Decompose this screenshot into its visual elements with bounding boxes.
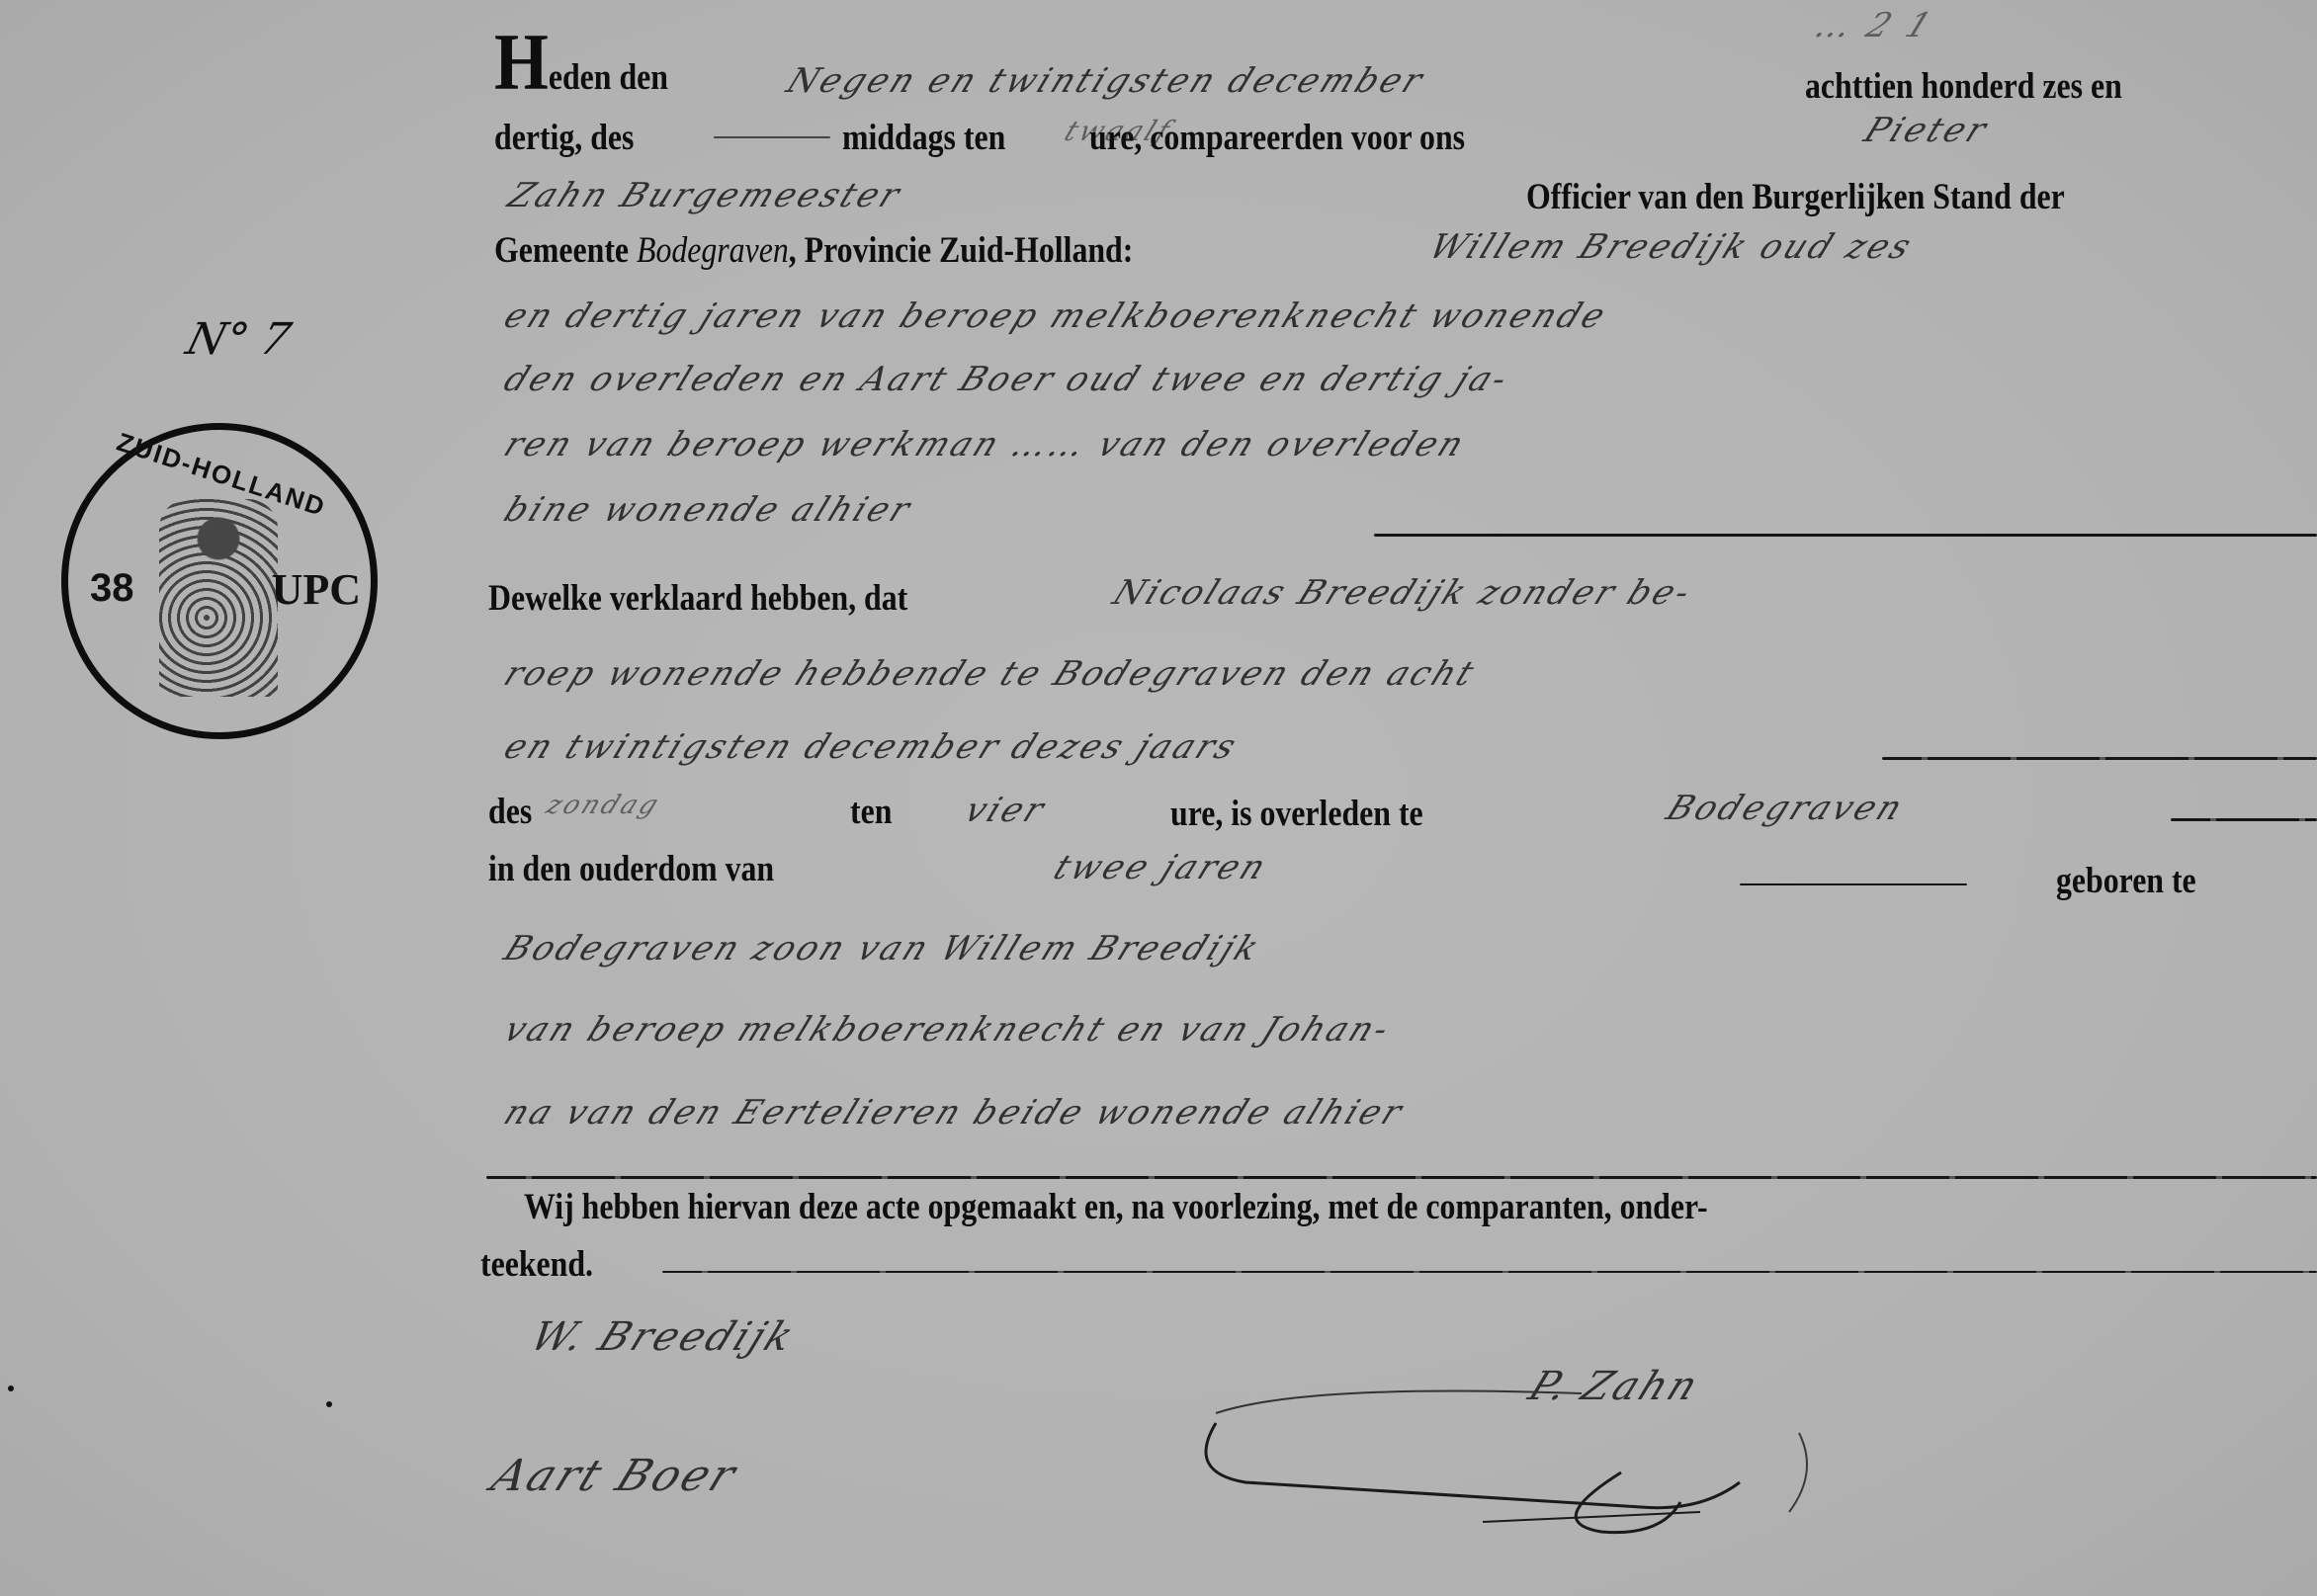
handwritten-deceased-name: Nicolaas Breedijk zonder be- [1107, 573, 1699, 613]
signature-witness-2: Aart Boer [484, 1451, 745, 1501]
margin-annotation: …21 [1809, 6, 1954, 45]
municipality-name: Bodegraven [637, 230, 789, 271]
printed-line-1: Heden den [494, 22, 668, 103]
ink-speck [8, 1386, 14, 1391]
record-number: N° 7 [181, 314, 296, 365]
handwritten-line: en dertig jaren van beroep melkboerenkne… [498, 296, 1613, 336]
crest-icon [159, 499, 278, 697]
printed-provincie: , Provincie Zuid-Holland: [789, 230, 1134, 271]
printed-dewelke: Dewelke verklaard hebben, dat [488, 577, 907, 620]
handwritten-line: den overleden en Aart Boer oud twee en d… [498, 360, 1516, 399]
handwritten-line: van beroep melkboerenknecht en van Johan… [498, 1010, 1398, 1050]
handwritten-age: twee jaren [1048, 848, 1274, 887]
printed-officier: Officier van den Burgerlijken Stand der [1526, 176, 2065, 218]
official-stamp: ZUID-HOLLAND 38 UPC [61, 423, 378, 739]
printed-middags-ten: middags ten [842, 117, 1005, 159]
handwritten-line: na van den Eertelieren beide wonende alh… [498, 1093, 1411, 1133]
fill-rule [2171, 818, 2317, 821]
handwritten-date: Negen en twintigsten december [781, 61, 1431, 101]
printed-ouderdom: in den ouderdom van [488, 848, 774, 890]
signature-flourish-icon [1186, 1413, 1937, 1542]
handwritten-witness-1: Willem Breedijk oud zes [1423, 227, 1920, 267]
handwritten-line: en twintigsten december dezes jaars [498, 727, 1244, 767]
fill-rule [1740, 883, 1967, 885]
printed-geboren-te: geboren te [2056, 860, 2196, 902]
handwritten-official-title: Zahn Burgemeester [502, 176, 908, 215]
signature-witness-1: W. Breedijk [524, 1314, 803, 1360]
ink-speck [326, 1401, 332, 1407]
printed-ten: ten [850, 791, 892, 833]
printed-des: des [488, 791, 532, 833]
printed-closing-line-2: teekend. [480, 1243, 593, 1286]
separator-rule [486, 1176, 2317, 1179]
printed-text: eden den [549, 57, 668, 98]
printed-dertig-des: dertig, des [494, 117, 634, 159]
dropcap-letter: H [494, 17, 549, 107]
fill-rule [1374, 534, 2317, 537]
signature-underline-icon [1206, 1364, 1601, 1423]
blank-rule [714, 136, 830, 138]
handwritten-hour: vier [959, 791, 1053, 830]
stamp-left-text: 38 [90, 566, 134, 611]
handwritten-line: roep wonende hebbende te Bodegraven den … [498, 654, 1483, 694]
printed-year-text: achttien honderd zes en [1805, 65, 2122, 108]
fill-rule [1882, 757, 2317, 760]
handwritten-place-of-death: Bodegraven [1661, 789, 1911, 828]
printed-gemeente: Gemeente [494, 230, 629, 271]
scanned-document-page: …21 Heden den Negen en twintigsten decem… [0, 0, 2317, 1596]
printed-closing-line-1: Wij hebben hiervan deze acte opgemaakt e… [524, 1186, 1708, 1228]
printed-overleden: ure, is overleden te [1170, 793, 1423, 835]
handwritten-line: bine wonende alhier [498, 490, 918, 530]
fill-rule [662, 1271, 2317, 1273]
stamp-right-text: UPC [272, 564, 361, 615]
printed-gemeente-line: Gemeente Bodegraven, Provincie Zuid-Holl… [494, 229, 1133, 272]
handwritten-official-name: Pieter [1858, 111, 1995, 150]
handwritten-weekday: zondag [542, 791, 665, 820]
printed-compareerden: ure, compareerden voor ons [1089, 117, 1465, 159]
handwritten-line: ren van beroep werkman …… van den overle… [498, 425, 1472, 464]
handwritten-line: Bodegraven zoon van Willem Breedijk [498, 929, 1267, 968]
